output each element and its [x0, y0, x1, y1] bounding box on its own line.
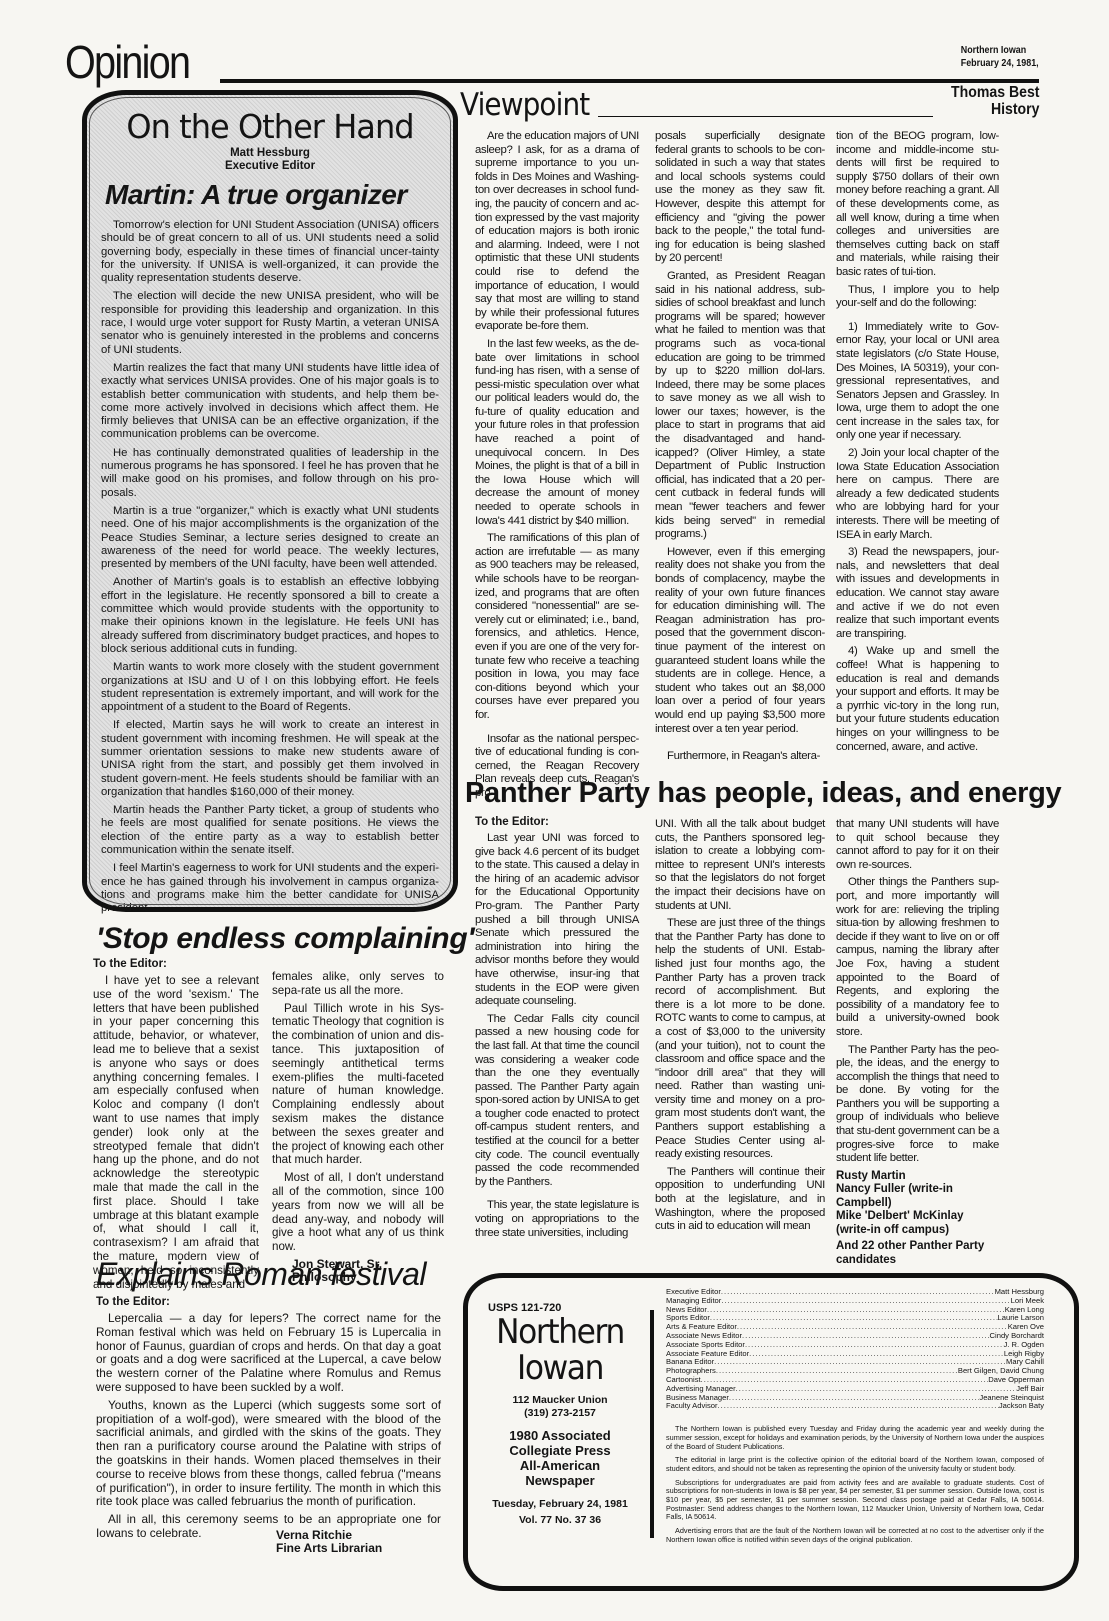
- leader-dots: [701, 1376, 989, 1385]
- staff-name: Cindy Borchardt: [990, 1332, 1044, 1341]
- paragraph: 2) Join your local chapter of the Iowa S…: [836, 447, 999, 542]
- signature: And 22 other Panther Party: [836, 1240, 999, 1254]
- issue-date: Tuesday, February 24, 1981: [476, 1498, 644, 1511]
- paragraph: The Panther Party has the peo-ple, the i…: [836, 1044, 999, 1166]
- staff-row: Managing EditorLori Meek: [666, 1297, 1044, 1306]
- staff-list: Executive EditorMatt Hessburg Managing E…: [666, 1288, 1044, 1550]
- paragraph: UNI. With all the talk about budget cuts…: [655, 818, 825, 913]
- subscription-notice: Subscriptions for undergraduates are pai…: [666, 1479, 1044, 1523]
- editorial-author-title: Executive Editor: [101, 160, 439, 173]
- staff-row: Banana EditorMary Cahill: [666, 1358, 1044, 1367]
- volume-number: Vol. 77 No. 37 36: [476, 1514, 644, 1527]
- paragraph: Tomorrow's election for UNI Student Asso…: [101, 219, 439, 285]
- viewpoint-author-dept: History: [951, 101, 1039, 118]
- editorial-box: On the Other Hand Matt Hessburg Executiv…: [82, 90, 458, 912]
- staff-name: Mary Cahill: [1006, 1358, 1044, 1367]
- staff-role: Banana Editor: [666, 1358, 714, 1367]
- paragraph: Martin wants to work more closely with t…: [101, 661, 439, 714]
- paragraph: Furthermore, in Reagan's altera-: [655, 750, 825, 764]
- staff-name: Bert Gilgen, David Chung: [958, 1367, 1044, 1376]
- staff-name: Jeanene Steinquist: [979, 1394, 1044, 1403]
- paragraph: Youths, known as the Luperci (which sugg…: [96, 1399, 441, 1509]
- award-line: All-American: [476, 1458, 644, 1473]
- column-title: On the Other Hand: [106, 107, 434, 147]
- award-line: Collegiate Press: [476, 1443, 644, 1458]
- advertising-notice: Advertising errors that are the fault of…: [666, 1527, 1044, 1544]
- viewpoint-rule: [598, 116, 933, 117]
- paragraph: tion of the BEOG program, low-income and…: [836, 130, 999, 280]
- paragraph: Most of all, I don't understand all of t…: [272, 1171, 444, 1254]
- paragraph: However, even if this emerging reality d…: [655, 546, 825, 736]
- viewpoint-column-1: Are the education majors of UNI asleep? …: [475, 130, 639, 805]
- paragraph: He has continually demonstrated qualitie…: [101, 447, 439, 500]
- panther-column-3: that many UNI students will have to quit…: [836, 818, 999, 1267]
- roman-letter: To the Editor: Lepercalia — a day for le…: [96, 1296, 441, 1556]
- staff-name: Jeff Bair: [1016, 1385, 1044, 1394]
- staff-row: Advertising ManagerJeff Bair: [666, 1385, 1044, 1394]
- paragraph: Last year UNI was forced to give back 4.…: [475, 832, 639, 1009]
- staff-row: PhotographersBert Gilgen, David Chung: [666, 1367, 1044, 1376]
- leader-dots: [714, 1358, 1006, 1367]
- staff-name: Laurie Larson: [998, 1314, 1044, 1323]
- masthead-divider: [650, 1310, 654, 1538]
- editorial-notice: The editorial in large print is the coll…: [666, 1456, 1044, 1473]
- viewpoint-column-2: posals superficially designate federal g…: [655, 130, 825, 768]
- paragraph: The ramifications of this plan of action…: [475, 532, 639, 722]
- leader-dots: [710, 1314, 998, 1323]
- staff-role: Managing Editor: [666, 1297, 721, 1306]
- paper-name: Northern Iowan: [961, 44, 1039, 57]
- staff-role: Associate Sports Editor: [666, 1341, 745, 1350]
- staff-row: Arts & Feature EditorKaren Ove: [666, 1323, 1044, 1332]
- paragraph: 1) Immediately write to Gov-ernor Ray, y…: [836, 321, 999, 443]
- paragraph: Thus, I implore you to help your-self an…: [836, 284, 999, 311]
- paragraph: Another of Martin's goals is to establis…: [101, 576, 439, 656]
- paragraph: The Panthers will continue their opposit…: [655, 1166, 825, 1234]
- header-rule: [220, 79, 1039, 83]
- paragraph: Martin realizes the fact that many UNI s…: [101, 362, 439, 442]
- paragraph: females alike, only serves to sepa-rate …: [272, 970, 444, 998]
- staff-row: CartoonistDave Opperman: [666, 1376, 1044, 1385]
- staff-name: Karen Long: [1005, 1306, 1044, 1315]
- paragraph: The election will decide the new UNISA p…: [101, 290, 439, 356]
- staff-row: Associate News EditorCindy Borchardt: [666, 1332, 1044, 1341]
- signature: (write-in off campus): [836, 1224, 999, 1238]
- signature: candidates: [836, 1254, 999, 1268]
- staff-row: Faculty AdvisorJackson Baty: [666, 1402, 1044, 1411]
- paragraph: Paul Tillich wrote in his Sys-tematic Th…: [272, 1002, 444, 1168]
- publication-notice: The Northern Iowan is published every Tu…: [666, 1425, 1044, 1451]
- staff-name: Lori Meek: [1011, 1297, 1044, 1306]
- paragraph: Granted, as President Reagan said in his…: [655, 270, 825, 542]
- award-text: 1980 Associated Collegiate Press All-Ame…: [476, 1428, 644, 1488]
- paragraph: The Cedar Falls city council passed a ne…: [475, 1013, 639, 1190]
- leader-dots: [729, 1394, 979, 1403]
- staff-role: News Editor: [666, 1306, 707, 1315]
- section-title: Opinion: [65, 36, 189, 88]
- salutation: To the Editor:: [475, 816, 639, 828]
- staff-role: Executive Editor: [666, 1288, 721, 1297]
- staff-name: Dave Opperman: [988, 1376, 1044, 1385]
- viewpoint-title: Viewpoint: [460, 86, 589, 124]
- award-line: Newspaper: [476, 1473, 644, 1488]
- staff-role: Arts & Feature Editor: [666, 1323, 737, 1332]
- staff-role: Cartoonist: [666, 1376, 701, 1385]
- leader-dots: [749, 1350, 1004, 1359]
- editorial-headline: Martin: A true organizer: [105, 177, 439, 213]
- leader-dots: [707, 1306, 1005, 1315]
- staff-name: Leigh Rigby: [1004, 1350, 1044, 1359]
- masthead-name-line2: Iowan: [483, 1350, 638, 1386]
- leader-dots: [742, 1332, 990, 1341]
- paragraph: Other things the Panthers sup-port, and …: [836, 876, 999, 1039]
- paragraph: In the last few weeks, as the de-bate ov…: [475, 338, 639, 528]
- leader-dots: [716, 1367, 958, 1376]
- award-line: 1980 Associated: [476, 1428, 644, 1443]
- staff-role: Faculty Advisor: [666, 1402, 718, 1411]
- paragraph: This year, the state legislature is voti…: [475, 1199, 639, 1240]
- staff-row: Business ManagerJeanene Steinquist: [666, 1394, 1044, 1403]
- staff-name: Matt Hessburg: [995, 1288, 1044, 1297]
- signature: Rusty Martin: [836, 1170, 999, 1184]
- staff-name: Karen Ove: [1008, 1323, 1044, 1332]
- staff-row: News EditorKaren Long: [666, 1306, 1044, 1315]
- paragraph: that many UNI students will have to quit…: [836, 818, 999, 872]
- staff-name: J. R. Ogden: [1003, 1341, 1044, 1350]
- signature-name: Verna Ritchie: [276, 1529, 441, 1543]
- staff-row: Associate Feature EditorLeigh Rigby: [666, 1350, 1044, 1359]
- paper-dateline: Northern Iowan February 24, 1981,: [961, 44, 1039, 70]
- viewpoint-column-3: tion of the BEOG program, low-income and…: [836, 130, 999, 758]
- masthead-phone: (319) 273-2157: [476, 1407, 644, 1420]
- complaining-column-2: females alike, only serves to sepa-rate …: [272, 970, 444, 1285]
- panther-column-2: UNI. With all the talk about budget cuts…: [655, 818, 825, 1238]
- staff-name: Jackson Baty: [999, 1402, 1044, 1411]
- masthead-address: 112 Maucker Union: [476, 1394, 644, 1407]
- staff-row: Executive EditorMatt Hessburg: [666, 1288, 1044, 1297]
- staff-role: Business Manager: [666, 1394, 729, 1403]
- staff-role: Associate Feature Editor: [666, 1350, 749, 1359]
- editorial-author: Matt Hessburg: [101, 147, 439, 160]
- leader-dots: [721, 1288, 995, 1297]
- salutation: To the Editor:: [96, 1296, 441, 1308]
- masthead-identity: USPS 121-720 Northern Iowan 112 Maucker …: [476, 1292, 644, 1527]
- paragraph: I feel Martin's eagerness to work for UN…: [101, 862, 439, 915]
- panther-headline: Panther Party has people, ideas, and ene…: [465, 776, 1061, 810]
- staff-role: Sports Editor: [666, 1314, 710, 1323]
- roman-headline: Explains Roman festival: [96, 1256, 426, 1292]
- paragraph: Lepercalia — a day for lepers? The corre…: [96, 1312, 441, 1395]
- complaining-column-1: To the Editor: I have yet to see a relev…: [93, 958, 259, 1295]
- leader-dots: [718, 1402, 999, 1411]
- complaining-headline: 'Stop endless complaining': [96, 922, 474, 956]
- paragraph: If elected, Martin says he will work to …: [101, 719, 439, 799]
- paragraph: posals superficially designate federal g…: [655, 130, 825, 266]
- leader-dots: [736, 1385, 1017, 1394]
- paragraph: Are the education majors of UNI asleep? …: [475, 130, 639, 334]
- staff-role: Photographers: [666, 1367, 716, 1376]
- salutation: To the Editor:: [93, 958, 259, 970]
- leader-dots: [745, 1341, 1004, 1350]
- masthead-box: USPS 121-720 Northern Iowan 112 Maucker …: [463, 1273, 1079, 1591]
- paragraph: 4) Wake up and smell the coffee! What is…: [836, 645, 999, 754]
- masthead-name-line1: Northern: [483, 1314, 638, 1350]
- paragraph: 3) Read the newspapers, jour-nals, and n…: [836, 546, 999, 641]
- leader-dots: [721, 1297, 1010, 1306]
- staff-role: Associate News Editor: [666, 1332, 742, 1341]
- signature: Mike 'Delbert' McKinlay: [836, 1210, 999, 1224]
- paragraph: Martin heads the Panther Party ticket, a…: [101, 804, 439, 857]
- paper-date: February 24, 1981,: [961, 57, 1039, 70]
- paragraph: Martin is a true "organizer," which is e…: [101, 505, 439, 571]
- paragraph: These are just three of the things that …: [655, 917, 825, 1162]
- signature: Nancy Fuller (write-in Campbell): [836, 1183, 999, 1210]
- viewpoint-author: Thomas Best: [951, 84, 1039, 101]
- leader-dots: [737, 1323, 1008, 1332]
- staff-row: Associate Sports EditorJ. R. Ogden: [666, 1341, 1044, 1350]
- staff-row: Sports EditorLaurie Larson: [666, 1314, 1044, 1323]
- signature-dept: Fine Arts Librarian: [276, 1542, 441, 1556]
- panther-column-1: To the Editor: Last year UNI was forced …: [475, 812, 639, 1244]
- staff-role: Advertising Manager: [666, 1385, 736, 1394]
- paragraph: I have yet to see a relevant use of the …: [93, 974, 259, 1291]
- viewpoint-byline: Thomas Best History: [951, 84, 1039, 118]
